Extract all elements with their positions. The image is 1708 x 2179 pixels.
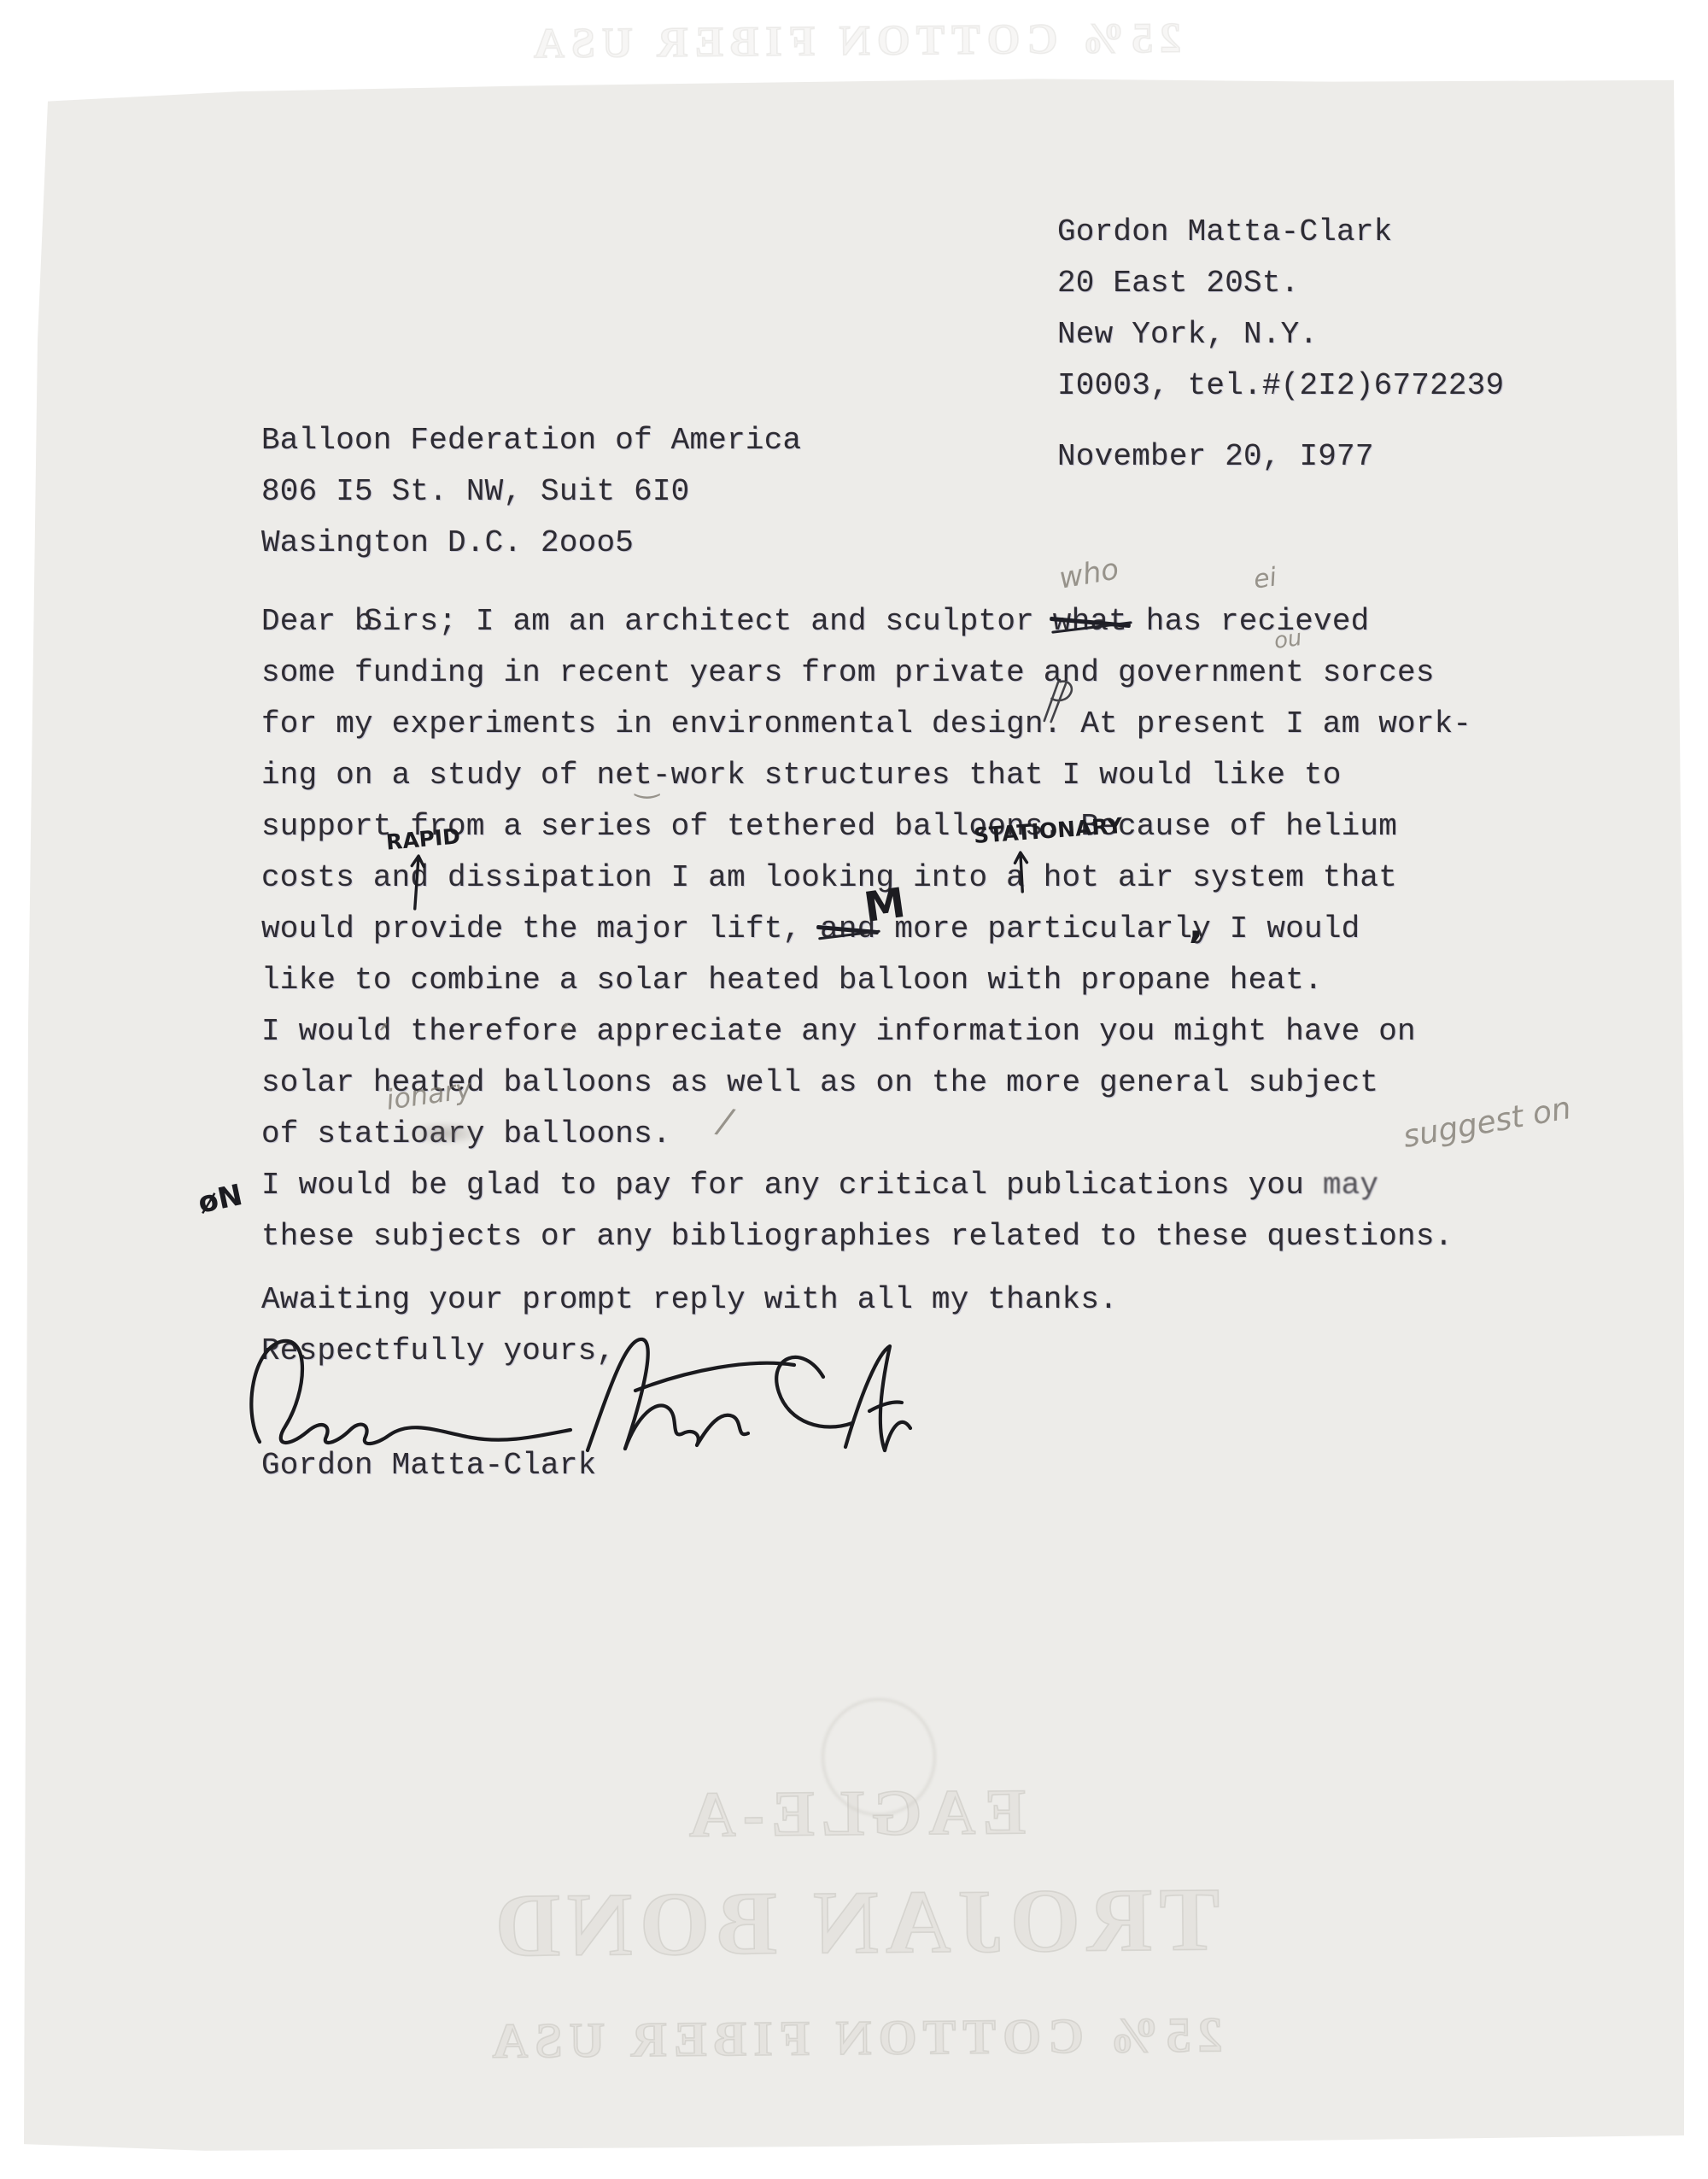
sender-line: I0003, tel.#(2I2)6772239 — [1057, 360, 1504, 412]
body-line: ing on a study of net-work structures th… — [261, 750, 1471, 801]
sender-line: 20 East 20St. — [1057, 258, 1504, 309]
body-line: I would be glad to pay for any critical … — [261, 1160, 1471, 1211]
date-line: November 20, I977 — [1057, 431, 1374, 483]
typed-text: I would therefore appreciate any informa… — [261, 1014, 1416, 1049]
sender-line: New York, N.Y. — [1057, 309, 1504, 360]
watermark-text: 25% COTTON FIBER USA — [527, 13, 1182, 68]
typed-text: costs and dissipation I am looking into … — [261, 860, 1397, 895]
typed-text: ing on a study of net-work structures th… — [261, 758, 1342, 793]
typed-text: some funding in recent years from privat… — [261, 655, 1435, 690]
typed-text: these subjects or any bibliographies rel… — [261, 1219, 1453, 1254]
typed-signature-name: Gordon Matta-Clark — [261, 1440, 596, 1491]
handwritten-ei: ei — [1252, 562, 1278, 595]
smudge-statioary — [395, 1117, 495, 1150]
typed-text: Sirs; I am an architect and sculptor — [364, 604, 1053, 639]
body-line: like to combine a solar heated balloon w… — [261, 955, 1471, 1006]
recipient-line: Balloon Federation of America — [261, 415, 801, 466]
handwritten-ou: ou — [1272, 625, 1303, 654]
sender-address-block: Gordon Matta-Clark20 East 20St.New York,… — [1057, 207, 1504, 412]
watermark-text: EAGLE-A — [681, 1775, 1026, 1853]
pencil-undertie: ‿ — [635, 765, 658, 800]
typed-text: has recieved — [1127, 604, 1369, 639]
body-line: some funding in recent years from privat… — [261, 647, 1471, 699]
typed-text: would provide the major lift, — [261, 911, 820, 946]
handwritten-comma: , — [1189, 904, 1203, 947]
body-line: I would therefore appreciate any informa… — [261, 1006, 1471, 1057]
struck-word: what — [1053, 596, 1127, 647]
sender-line: Gordon Matta-Clark — [1057, 207, 1504, 258]
recipient-line: Wasington D.C. 2ooo5 — [261, 518, 801, 569]
typed-text: more particularly I would — [876, 911, 1360, 946]
body-line: for my experiments in environmental desi… — [261, 699, 1471, 750]
typed-text: Dear — [261, 604, 354, 639]
overtyped-letter: b — [354, 596, 364, 647]
handwritten-M-over-more: M — [861, 879, 908, 932]
recipient-address-block: Balloon Federation of America806 I5 St. … — [261, 415, 801, 569]
closing-thanks: Awaiting your prompt reply with all my t… — [261, 1274, 1118, 1326]
typed-text: for my experiments in environmental desi… — [261, 706, 1471, 741]
watermark-text: TROJAN BOND — [488, 1867, 1220, 1977]
scanned-letter: Gordon Matta-Clark20 East 20St.New York,… — [0, 0, 1708, 2179]
watermark-text: 25% COTTON FIBER USA — [485, 2006, 1223, 2070]
smudged-word: may — [1323, 1160, 1378, 1211]
recipient-line: 806 I5 St. NW, Suit 6I0 — [261, 466, 801, 518]
body-line: these subjects or any bibliographies rel… — [261, 1211, 1471, 1262]
typed-text: I would be glad to pay for any critical … — [261, 1168, 1323, 1203]
typed-text: like to combine a solar heated balloon w… — [261, 963, 1323, 998]
letter-body: Dear bSirs; I am an architect and sculpt… — [261, 596, 1471, 1262]
insert-arrow-stationary — [1012, 849, 1032, 894]
